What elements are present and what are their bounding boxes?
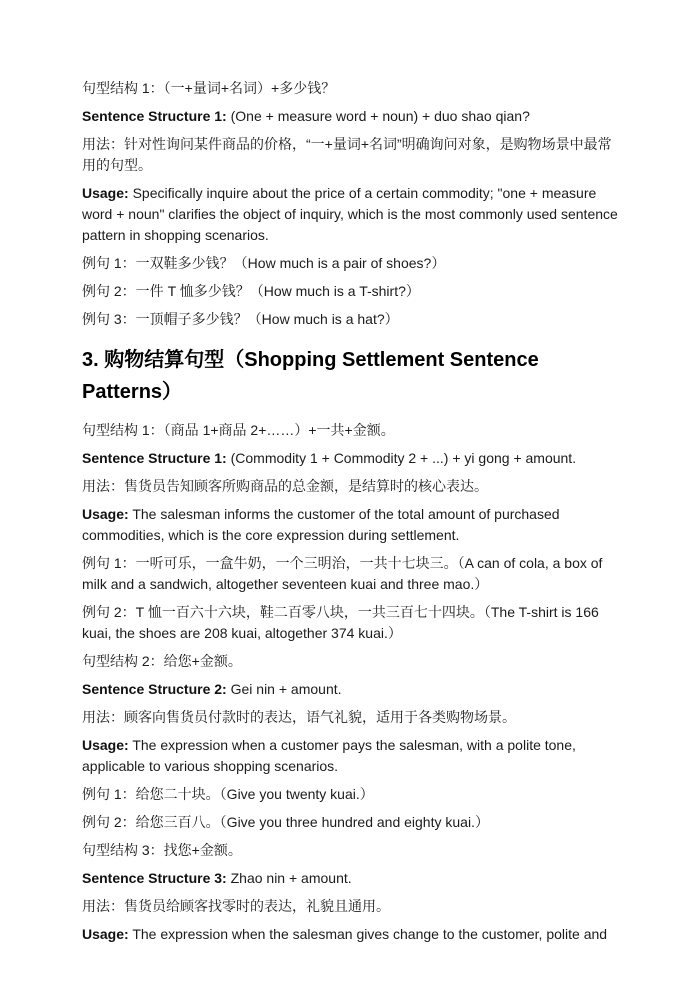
paragraph-text: 例句 3：一顶帽子多少钱？（How much is a hat?）: [82, 311, 399, 327]
document-body: 句型结构 1：（一+量词+名词）+多少钱？ Sentence Structure…: [82, 78, 620, 945]
bold-label: Usage:: [82, 737, 129, 753]
paragraph: 句型结构 2：给您+金额。: [82, 651, 620, 672]
paragraph-text: 例句 2：一件 T 恤多少钱？（How much is a T-shirt?）: [82, 283, 420, 299]
paragraph: 例句 1：给您二十块。（Give you twenty kuai.）: [82, 784, 620, 805]
paragraph-text: The expression when the salesman gives c…: [129, 926, 607, 942]
bold-label: Sentence Structure 1:: [82, 450, 227, 466]
paragraph: Usage: Specifically inquire about the pr…: [82, 183, 620, 246]
bold-label: Usage:: [82, 506, 129, 522]
paragraph: Sentence Structure 1: (One + measure wor…: [82, 106, 620, 127]
paragraph: 用法：售货员给顾客找零时的表达，礼貌且通用。: [82, 896, 620, 917]
paragraph-text: The salesman informs the customer of the…: [82, 506, 560, 543]
section-heading: 3. 购物结算句型（Shopping Settlement Sentence P…: [82, 344, 620, 408]
paragraph-text: 句型结构 3：找您+金额。: [82, 842, 242, 858]
paragraph: Sentence Structure 3: Zhao nin + amount.: [82, 868, 620, 889]
paragraph: 句型结构 3：找您+金额。: [82, 840, 620, 861]
paragraph-text: (One + measure word + noun) + duo shao q…: [227, 108, 530, 124]
paragraph: 用法：售货员告知顾客所购商品的总金额，是结算时的核心表达。: [82, 476, 620, 497]
paragraph-text: 用法：售货员告知顾客所购商品的总金额，是结算时的核心表达。: [82, 478, 488, 494]
paragraph-text: Specifically inquire about the price of …: [82, 185, 618, 243]
paragraph: 用法：针对性询问某件商品的价格，“一+量词+名词”明确询问对象，是购物场景中最常…: [82, 134, 620, 176]
paragraph: 例句 2：T 恤一百六十六块，鞋二百零八块，一共三百七十四块。（The T-sh…: [82, 602, 620, 644]
paragraph-text: 用法：顾客向售货员付款时的表达，语气礼貌，适用于各类购物场景。: [82, 709, 516, 725]
paragraph: 例句 2：一件 T 恤多少钱？（How much is a T-shirt?）: [82, 281, 620, 302]
paragraph: 句型结构 1：（商品 1+商品 2+……）+一共+金额。: [82, 420, 620, 441]
paragraph-text: 用法：售货员给顾客找零时的表达，礼貌且通用。: [82, 898, 390, 914]
paragraph-text: 例句 1：一听可乐，一盒牛奶，一个三明治，一共十七块三。（A can of co…: [82, 555, 602, 592]
paragraph-text: 例句 1：给您二十块。（Give you twenty kuai.）: [82, 786, 374, 802]
paragraph-text: 例句 2：给您三百八。（Give you three hundred and e…: [82, 814, 489, 830]
paragraph: Usage: The expression when the salesman …: [82, 924, 620, 945]
paragraph: 例句 2：给您三百八。（Give you three hundred and e…: [82, 812, 620, 833]
paragraph: Sentence Structure 1: (Commodity 1 + Com…: [82, 448, 620, 469]
paragraph: 例句 1：一双鞋多少钱？（How much is a pair of shoes…: [82, 253, 620, 274]
paragraph-text: 句型结构 2：给您+金额。: [82, 653, 242, 669]
paragraph: Sentence Structure 2: Gei nin + amount.: [82, 679, 620, 700]
paragraph-text: 句型结构 1：（商品 1+商品 2+……）+一共+金额。: [82, 422, 395, 438]
paragraph: Usage: The expression when a customer pa…: [82, 735, 620, 777]
paragraph-text: Zhao nin + amount.: [227, 870, 352, 886]
paragraph-text: 句型结构 1：（一+量词+名词）+多少钱？: [82, 80, 335, 96]
bold-label: Usage:: [82, 926, 129, 942]
paragraph-text: 例句 2：T 恤一百六十六块，鞋二百零八块，一共三百七十四块。（The T-sh…: [82, 604, 599, 641]
document-page: 句型结构 1：（一+量词+名词）+多少钱？ Sentence Structure…: [0, 0, 700, 990]
paragraph-text: (Commodity 1 + Commodity 2 + ...) + yi g…: [227, 450, 576, 466]
bold-label: Sentence Structure 3:: [82, 870, 227, 886]
paragraph-text: 用法：针对性询问某件商品的价格，“一+量词+名词”明确询问对象，是购物场景中最常…: [82, 136, 612, 173]
bold-label: Usage:: [82, 185, 129, 201]
paragraph-text: 例句 1：一双鞋多少钱？（How much is a pair of shoes…: [82, 255, 445, 271]
paragraph: 例句 1：一听可乐，一盒牛奶，一个三明治，一共十七块三。（A can of co…: [82, 553, 620, 595]
bold-label: Sentence Structure 1:: [82, 108, 227, 124]
paragraph: 例句 3：一顶帽子多少钱？（How much is a hat?）: [82, 309, 620, 330]
bold-label: Sentence Structure 2:: [82, 681, 227, 697]
paragraph: 句型结构 1：（一+量词+名词）+多少钱？: [82, 78, 620, 99]
paragraph: Usage: The salesman informs the customer…: [82, 504, 620, 546]
paragraph: 用法：顾客向售货员付款时的表达，语气礼貌，适用于各类购物场景。: [82, 707, 620, 728]
paragraph-text: The expression when a customer pays the …: [82, 737, 576, 774]
paragraph-text: Gei nin + amount.: [227, 681, 342, 697]
